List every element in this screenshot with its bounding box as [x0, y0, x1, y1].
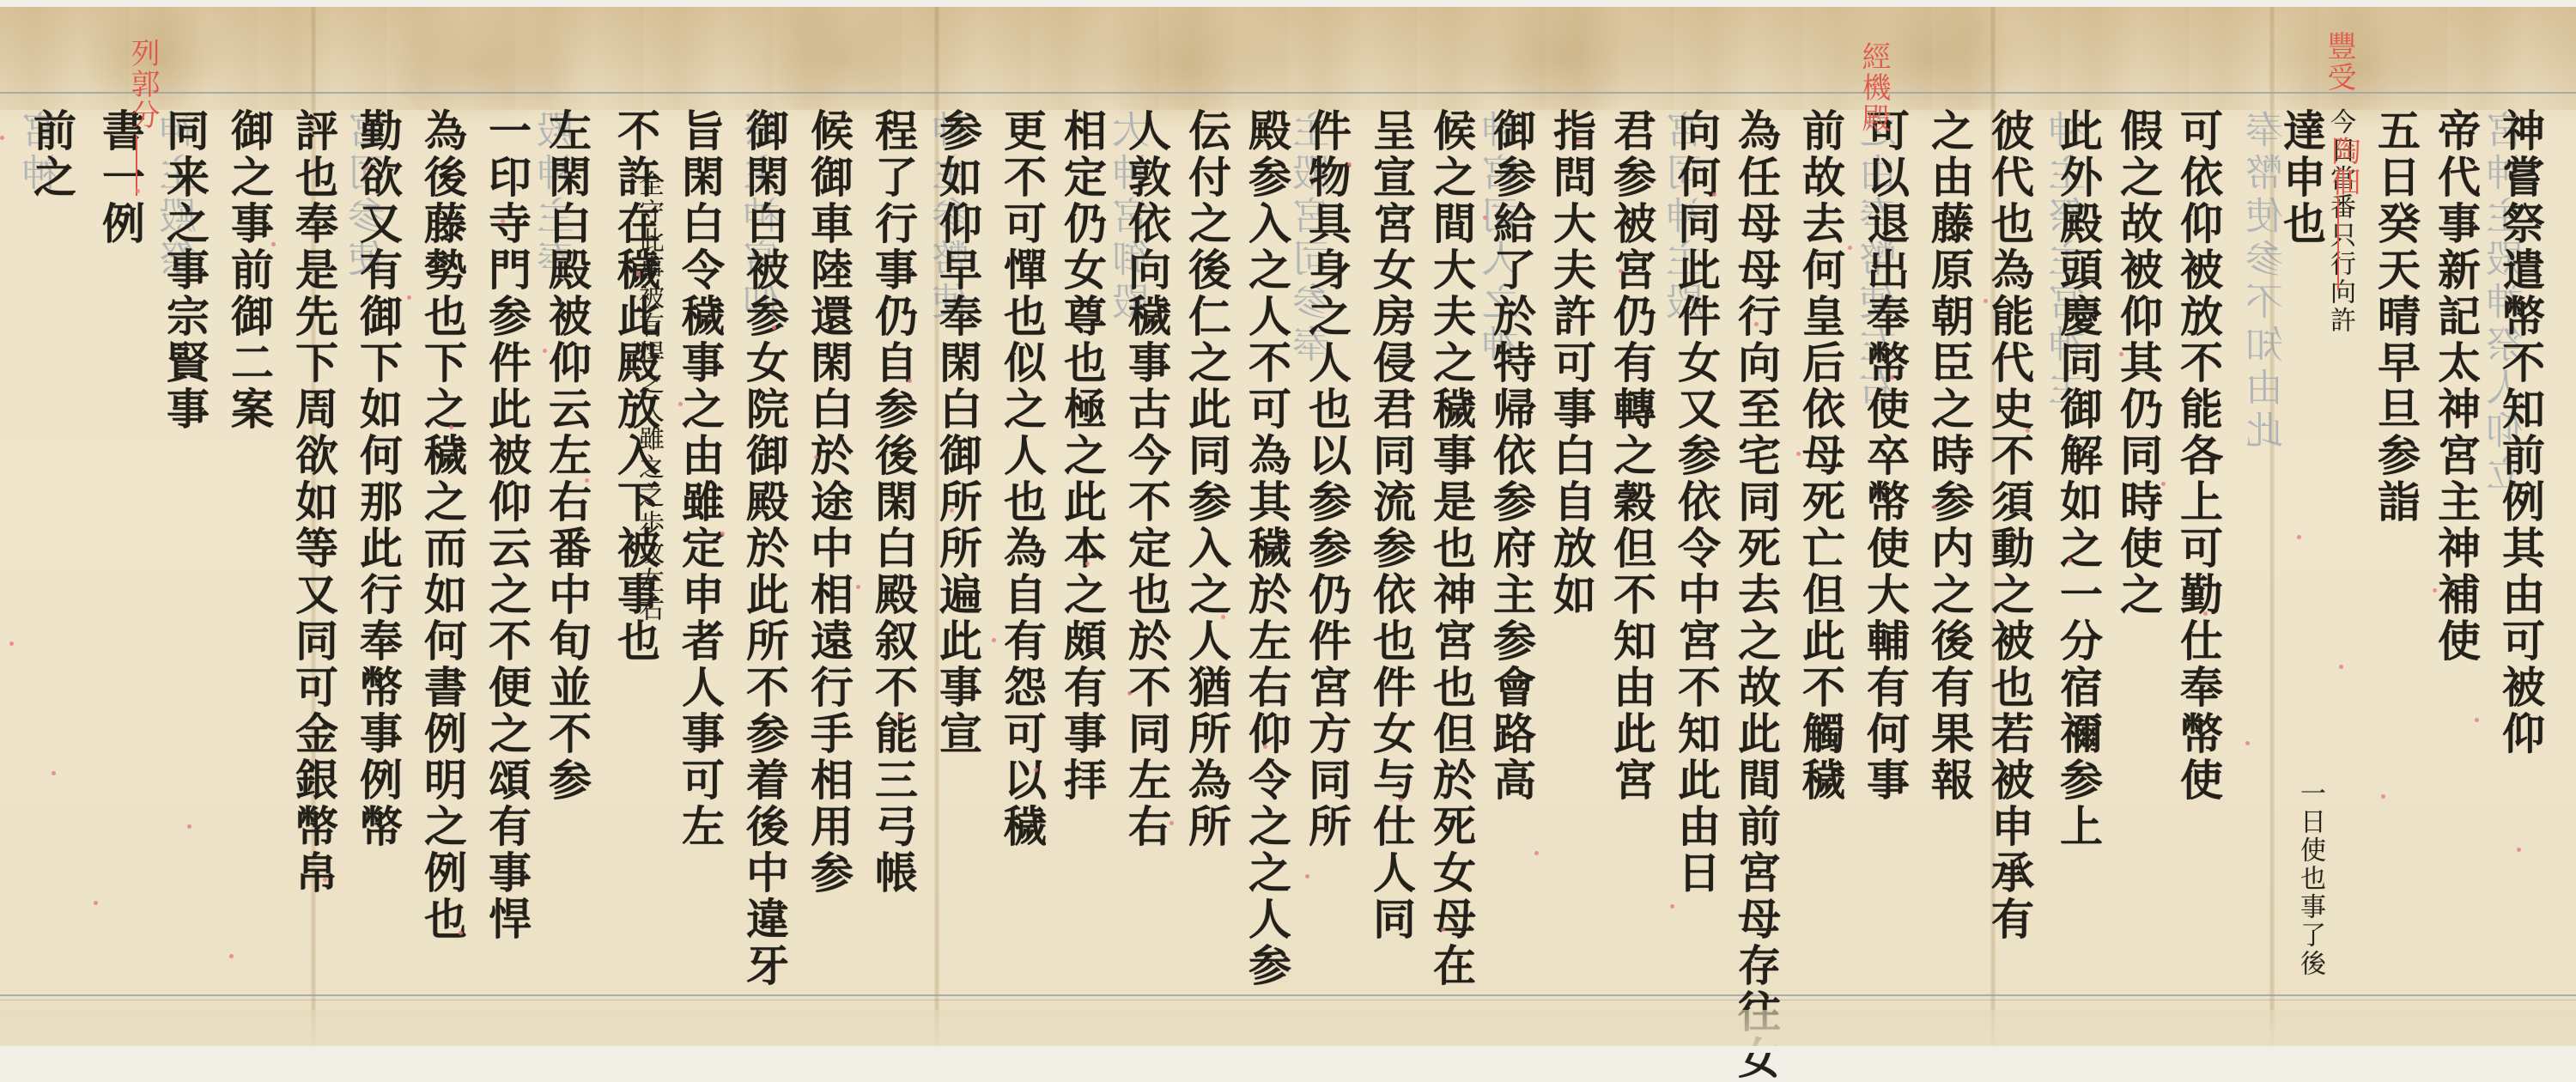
text-column: 評也奉是先下周欲如等又同可金銀幣帛	[292, 108, 335, 897]
red-punctuation-dot	[365, 166, 369, 170]
red-punctuation-dot	[1670, 904, 1674, 909]
text-column: 為任母母行向至宅同死去之故此間前宮母存往女	[1735, 108, 1777, 1053]
red-punctuation-dot	[1890, 375, 1894, 380]
text-column: 為後藤勢也下之穢之而如何書例明之例也	[421, 108, 464, 943]
text-column: 御之事前御二案	[228, 108, 270, 433]
red-punctuation-dot	[814, 455, 818, 459]
text-column: 向何同此件女又参依令中宮不知此由日	[1674, 108, 1717, 897]
red-punctuation-dot	[856, 585, 860, 589]
red-punctuation-dot	[449, 425, 453, 429]
red-punctuation-dot	[187, 824, 191, 829]
red-punctuation-dot	[678, 402, 683, 406]
red-punctuation-dot	[1263, 745, 1267, 749]
red-punctuation-dot	[2245, 741, 2250, 745]
red-punctuation-dot	[585, 478, 589, 483]
red-punctuation-dot	[2517, 848, 2521, 852]
text-column: 達申也	[2280, 108, 2323, 247]
bottom-ruling-line-secondary	[0, 1000, 2576, 1000]
red-annotation-stroke	[136, 136, 137, 196]
red-punctuation-dot	[2068, 558, 2072, 562]
red-punctuation-dot	[459, 931, 463, 935]
text-column: 伝付之後仁之此同参入之人猶所為所	[1185, 108, 1228, 850]
text-column: 指問大夫許可事白自放如	[1550, 108, 1593, 618]
red-punctuation-dot	[2119, 352, 2123, 356]
red-punctuation-dot	[1085, 562, 1090, 566]
red-punctuation-dot	[1034, 768, 1038, 772]
red-punctuation-dot	[2161, 482, 2166, 486]
text-column: 彼代也為能代史不須動之被也若被申承有	[1988, 108, 2031, 943]
text-column: 之由藤原朝臣之時参内之後有果報	[1928, 108, 1971, 804]
text-column: 旨閑白令穢事之由雖定申者人事可左	[678, 108, 721, 850]
red-punctuation-dot	[1347, 162, 1352, 167]
red-punctuation-dot	[772, 325, 776, 330]
text-column: 御閑白被参女院御殿於此所不参着後中違牙	[743, 108, 786, 989]
red-punctuation-dot	[2203, 611, 2208, 616]
bottom-ruling-line	[0, 994, 2576, 996]
text-column: 御参給了於特帰依参府主参會路高	[1490, 108, 1533, 804]
red-punctuation-dot	[950, 508, 954, 513]
red-punctuation-dot	[1619, 269, 1623, 273]
text-column: 左閑白殿被仰云左右番中旬並不参	[545, 108, 588, 804]
red-annotation: 豐受	[2318, 31, 2360, 93]
red-punctuation-dot	[636, 272, 641, 277]
red-punctuation-dot	[1754, 322, 1759, 326]
red-punctuation-dot	[992, 638, 996, 642]
text-column: 件物具身之人也以参参仍件宮方同所	[1305, 108, 1348, 850]
red-punctuation-dot	[1796, 452, 1801, 456]
red-punctuation-dot	[1305, 874, 1309, 878]
red-punctuation-dot	[1483, 216, 1487, 220]
red-punctuation-dot	[1984, 299, 1988, 303]
text-column: 程了行事仍自参後閑白殿叙不能三弓帳	[872, 108, 914, 897]
text-column: 相定仍女尊也極之此本之頗有事拝	[1060, 108, 1103, 804]
red-punctuation-dot	[323, 878, 327, 882]
red-annotation: 經機殿	[1853, 41, 1895, 134]
top-ruling-line	[0, 92, 2576, 94]
red-annotation: 列郭分	[122, 38, 164, 131]
text-column: 君参被宮仍有轉之穀但不知由此宮	[1610, 108, 1653, 804]
red-punctuation-dot	[1441, 927, 1445, 932]
red-punctuation-dot	[898, 714, 902, 719]
red-punctuation-dot	[1932, 505, 1936, 509]
text-column: 同来之事宗賢事	[163, 108, 206, 433]
water-stain-band	[0, 7, 2576, 110]
red-punctuation-dot	[2433, 588, 2437, 593]
red-punctuation-dot	[908, 379, 912, 383]
red-punctuation-dot	[2297, 535, 2301, 539]
red-annotation-stroke	[2337, 196, 2339, 290]
text-column: 更不可憚也似之人也為自有怨可以穢	[1000, 108, 1043, 850]
red-punctuation-dot	[271, 242, 276, 246]
text-column: 前之	[30, 108, 73, 201]
text-column: 此外殿頭慶同御解如之一分宿禰参上	[2057, 108, 2099, 850]
red-punctuation-dot	[2339, 665, 2343, 669]
text-column: 一印寺門参件此被仰云之不便之頌有事悍	[485, 108, 528, 943]
text-column: 人敦依向穢事古今不定也於不同左右	[1125, 108, 1168, 850]
red-punctuation-dot	[1170, 821, 1174, 825]
red-punctuation-dot	[720, 532, 725, 536]
text-column: 可以退出奉幣使卒幣使大輔有何事	[1863, 108, 1906, 804]
red-punctuation-dot	[2026, 429, 2030, 433]
red-punctuation-dot	[501, 219, 505, 223]
red-punctuation-dot	[1577, 139, 1581, 143]
text-column: 可依仰被放不能各上可勤仕奉幣使	[2177, 108, 2220, 804]
red-punctuation-dot	[136, 189, 140, 193]
red-punctuation-dot	[9, 641, 14, 646]
red-punctuation-dot	[1534, 851, 1539, 855]
red-punctuation-dot	[2381, 794, 2385, 799]
red-punctuation-dot	[52, 771, 56, 775]
text-column: 候御車陸還閑白於途中相遠行手相用参	[807, 108, 850, 897]
text-column: 帝代事新記太神宮主神補使	[2434, 108, 2477, 665]
red-punctuation-dot	[407, 295, 411, 300]
text-column: 参如仰早奉閑白御所所遍此事宣	[936, 108, 979, 757]
text-column: 勤欲又有御下如何那此行奉幣事例幣	[356, 108, 399, 850]
text-column: 一日使也事了後	[2297, 780, 2323, 978]
red-punctuation-dot	[229, 954, 234, 958]
text-column: 五日癸天晴早旦参詣	[2374, 108, 2417, 526]
red-annotation: 陶佃	[2323, 136, 2365, 198]
scroll-bottom-edge	[0, 1046, 2576, 1053]
text-column: 前故去何皇后依母死亡但此不觸穢	[1799, 108, 1842, 804]
red-punctuation-dot	[1712, 192, 1716, 197]
red-punctuation-dot	[543, 349, 547, 353]
text-column: 呈宣宮女房侵君同流参依也件女与仕人同	[1370, 108, 1413, 943]
red-punctuation-dot	[94, 901, 98, 905]
text-column: 候之間大夫之穢事是也神宮也但於死女母在	[1430, 108, 1473, 989]
red-punctuation-dot	[1127, 691, 1132, 696]
scroll-top-edge	[0, 0, 2576, 7]
red-punctuation-dot	[0, 136, 4, 140]
text-column: 殿参入之人不可為其穢於左右仰令之之人参	[1245, 108, 1288, 989]
text-column: 神嘗祭遣幣不知前例其由可被仰	[2499, 108, 2542, 757]
red-punctuation-dot	[1399, 798, 1403, 802]
red-punctuation-dot	[1221, 615, 1225, 619]
manuscript-scroll: 宮神主殿神祭人仰立奉幣使参不知由此神主祭主宮神主之由奉幣使左右宮司神主殿神宮司人…	[0, 7, 2576, 1046]
red-punctuation-dot	[2475, 718, 2479, 722]
text-column: 假之故被仰其仍同時使之	[2117, 108, 2160, 618]
red-punctuation-dot	[1848, 246, 1852, 250]
text-column: 全守此事被有悍之人雖之之歩攻左右	[635, 170, 661, 623]
